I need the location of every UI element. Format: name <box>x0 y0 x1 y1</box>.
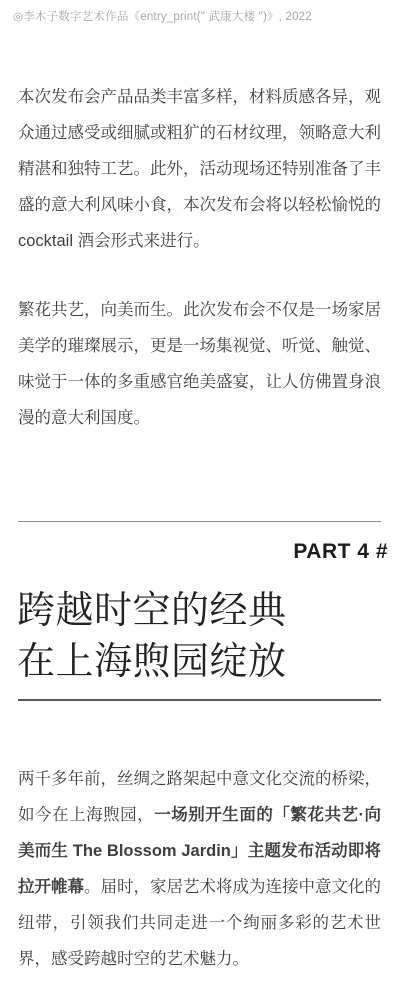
heading-line-2: 在上海煦园绽放 <box>17 637 397 688</box>
section-divider-top <box>18 521 381 522</box>
section-divider-bottom <box>18 699 381 701</box>
part-number-label: PART 4 # <box>18 540 388 564</box>
heading-line-1: 跨越时空的经典 <box>17 586 397 637</box>
paragraph-event-products: 本次发布会产品品类丰富多样，材料质感各异，观众通过感受或细腻或粗犷的石材纹理，领… <box>18 79 381 259</box>
article-page: ◎李木子数字艺术作品《entry_print(" 武康大楼 ")》, 2022 … <box>0 0 418 982</box>
section-heading: 跨越时空的经典 在上海煦园绽放 <box>17 586 397 688</box>
paragraph-silk-road: 两千多年前，丝绸之路架起中意文化交流的桥梁，如今在上海煦园，一场别开生面的「繁花… <box>18 761 381 977</box>
paragraph-sensory-feast: 繁花共艺，向美而生。此次发布会不仅是一场家居美学的璀璨展示，更是一场集视觉、听觉… <box>18 292 381 436</box>
artwork-caption: ◎李木子数字艺术作品《entry_print(" 武康大楼 ")》, 2022 <box>13 10 398 25</box>
